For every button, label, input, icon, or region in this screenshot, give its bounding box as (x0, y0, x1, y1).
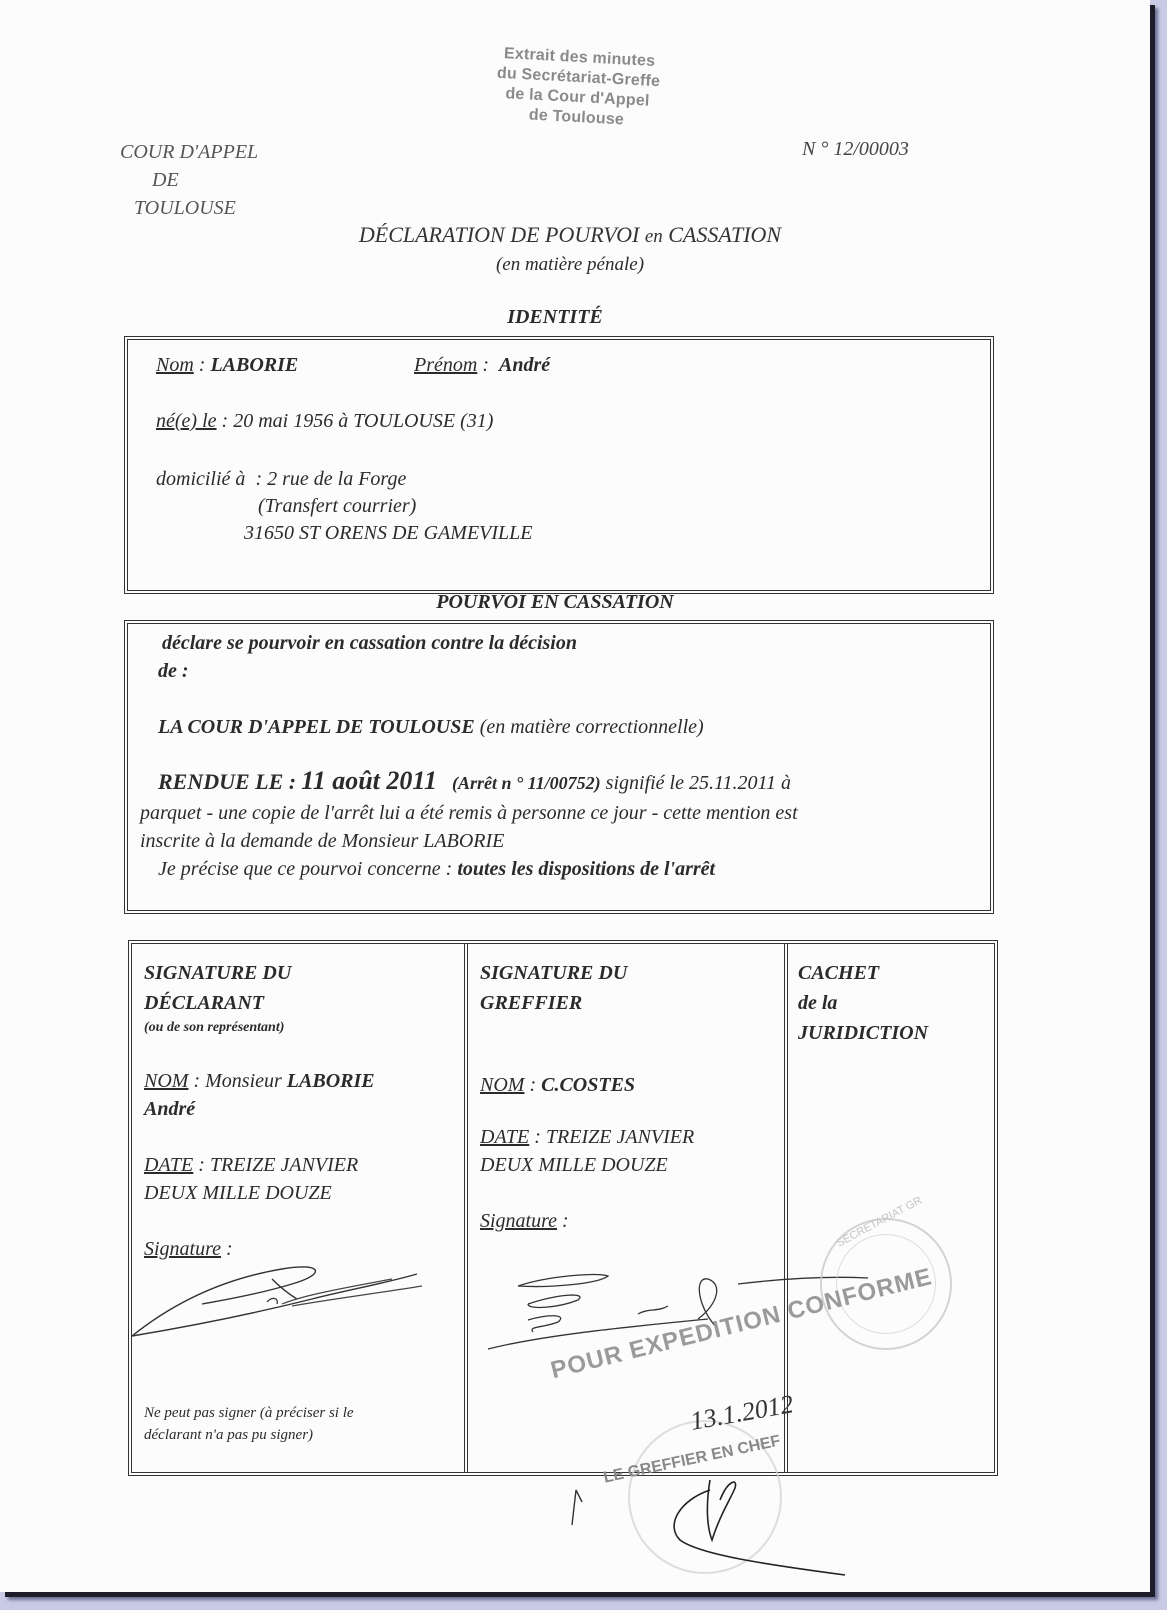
juridiction-row: LA COUR D'APPEL DE TOULOUSE (en matière … (158, 716, 704, 739)
greffier-nom-label: NOM (480, 1074, 524, 1096)
identite-heading: IDENTITÉ (124, 306, 986, 329)
cachet-line1: CACHET (798, 958, 928, 988)
title-connector: en (645, 226, 663, 247)
greffier-heading-line2: GREFFIER (480, 988, 627, 1018)
declarant-footer-line2: déclarant n'a pas pu signer) (144, 1424, 354, 1446)
precise-label: Je précise que ce pourvoi concerne : (158, 858, 452, 880)
greffier-nom-value: C.COSTES (541, 1074, 635, 1096)
declarant-footer-line1: Ne peut pas signer (à préciser si le (144, 1402, 354, 1424)
court-line: TOULOUSE (120, 194, 258, 222)
greffier-date-line1: TREIZE JANVIER (546, 1126, 694, 1148)
greffier-nom: NOM : C.COSTES (480, 1074, 635, 1097)
title-end: CASSATION (668, 222, 781, 247)
declarant-heading-line1: SIGNATURE DU (144, 958, 291, 988)
greffier-signature-label: Signature (480, 1210, 557, 1232)
signatures-table: SIGNATURE DU DÉCLARANT (ou de son représ… (128, 940, 998, 1476)
title-main: DÉCLARATION DE POURVOI (359, 222, 639, 247)
naissance-value: 20 mai 1956 à TOULOUSE (31) (233, 410, 493, 432)
naissance-label: né(e) le (156, 410, 217, 432)
precise-row: Je précise que ce pourvoi concerne : tou… (158, 858, 715, 881)
identite-box: Nom : LABORIE Prénom : André né(e) le : … (124, 336, 994, 594)
domicile-line1: 2 rue de la Forge (267, 468, 406, 490)
document-subtitle: (en matière pénale) (220, 254, 920, 276)
greffier-chef-signature-scribble (570, 1470, 870, 1580)
cachet-heading: CACHET de la JURIDICTION (798, 958, 928, 1048)
declarant-date: DATE : TREIZE JANVIER (144, 1154, 358, 1177)
greffier-heading-line1: SIGNATURE DU (480, 958, 627, 988)
prenom-label: Prénom (414, 354, 477, 376)
declarant-note: (ou de son représentant) (144, 1020, 284, 1036)
declarant-heading-line2: DÉCLARANT (144, 988, 291, 1018)
nom-label: Nom (156, 354, 194, 376)
declarant-date-label: DATE (144, 1154, 193, 1176)
domicile-label: domicilié à (156, 468, 245, 490)
declarant-heading: SIGNATURE DU DÉCLARANT (144, 958, 291, 1018)
pourvoi-line2: de : (158, 660, 189, 683)
rendue-row: RENDUE LE : 11 août 2011 (Arrêt n ° 11/0… (158, 766, 791, 796)
cachet-line2: de la (798, 988, 928, 1018)
greffier-column: SIGNATURE DU GREFFIER NOM : C.COSTES DAT… (468, 944, 788, 1472)
prenom-row: Prénom : André (414, 354, 550, 377)
extrait-stamp: Extrait des minutes du Secrétariat-Greff… (476, 43, 680, 133)
declarant-date-line2: DEUX MILLE DOUZE (144, 1182, 332, 1205)
pourvoi-box: déclare se pourvoir en cassation contre … (124, 620, 994, 914)
case-number: N ° 12/00003 (802, 138, 909, 161)
domicile-line2: (Transfert courrier) (258, 495, 416, 518)
domicile-line3: 31650 ST ORENS DE GAMEVILLE (244, 522, 533, 545)
greffier-date: DATE : TREIZE JANVIER (480, 1126, 694, 1149)
inscrite-line: inscrite à la demande de Monsieur LABORI… (140, 830, 504, 853)
document-page: Extrait des minutes du Secrétariat-Greff… (0, 0, 1150, 1592)
court-line: COUR D'APPEL (120, 138, 258, 166)
document-title: DÉCLARATION DE POURVOI en CASSATION (220, 222, 920, 248)
signifie-text: signifié le 25.11.2011 à (606, 772, 791, 794)
arret-ref: (Arrêt n ° 11/00752) (452, 773, 601, 793)
parquet-line: parquet - une copie de l'arrêt lui a été… (140, 802, 798, 825)
declarant-signature-scribble (132, 1244, 452, 1354)
declarant-nom: NOM : Monsieur LABORIE (144, 1070, 375, 1093)
pourvoi-line1: déclare se pourvoir en cassation contre … (162, 632, 577, 655)
declarant-date-line1: TREIZE JANVIER (210, 1154, 358, 1176)
declarant-nom-label: NOM (144, 1070, 188, 1092)
greffier-date-line2: DEUX MILLE DOUZE (480, 1154, 668, 1177)
prenom-value: André (499, 354, 550, 376)
declarant-column: SIGNATURE DU DÉCLARANT (ou de son représ… (132, 944, 468, 1472)
naissance-row: né(e) le : 20 mai 1956 à TOULOUSE (31) (156, 410, 493, 433)
court-line: DE (120, 166, 258, 194)
pourvoi-heading: POURVOI EN CASSATION (124, 591, 986, 614)
greffier-signature-row: Signature : (480, 1210, 569, 1233)
declarant-nom-value: LABORIE (287, 1070, 375, 1092)
juridiction-name: LA COUR D'APPEL DE TOULOUSE (158, 716, 475, 738)
nom-row: Nom : LABORIE (156, 354, 298, 377)
rendue-date: 11 août 2011 (301, 766, 437, 795)
nom-value: LABORIE (210, 354, 298, 376)
greffier-heading: SIGNATURE DU GREFFIER (480, 958, 627, 1018)
precise-value: toutes les dispositions de l'arrêt (457, 858, 715, 880)
domicile-row: domicilié à : 2 rue de la Forge (156, 468, 406, 491)
rendue-label: RENDUE LE : (158, 769, 296, 794)
declarant-footer: Ne peut pas signer (à préciser si le déc… (144, 1402, 354, 1446)
greffier-date-label: DATE (480, 1126, 529, 1148)
declarant-nom-prefix: Monsieur (205, 1070, 282, 1092)
declarant-prenom: André (144, 1098, 195, 1121)
juridiction-note: (en matière correctionnelle) (480, 716, 704, 738)
court-name: COUR D'APPEL DE TOULOUSE (120, 138, 258, 222)
cachet-line3: JURIDICTION (798, 1018, 928, 1048)
